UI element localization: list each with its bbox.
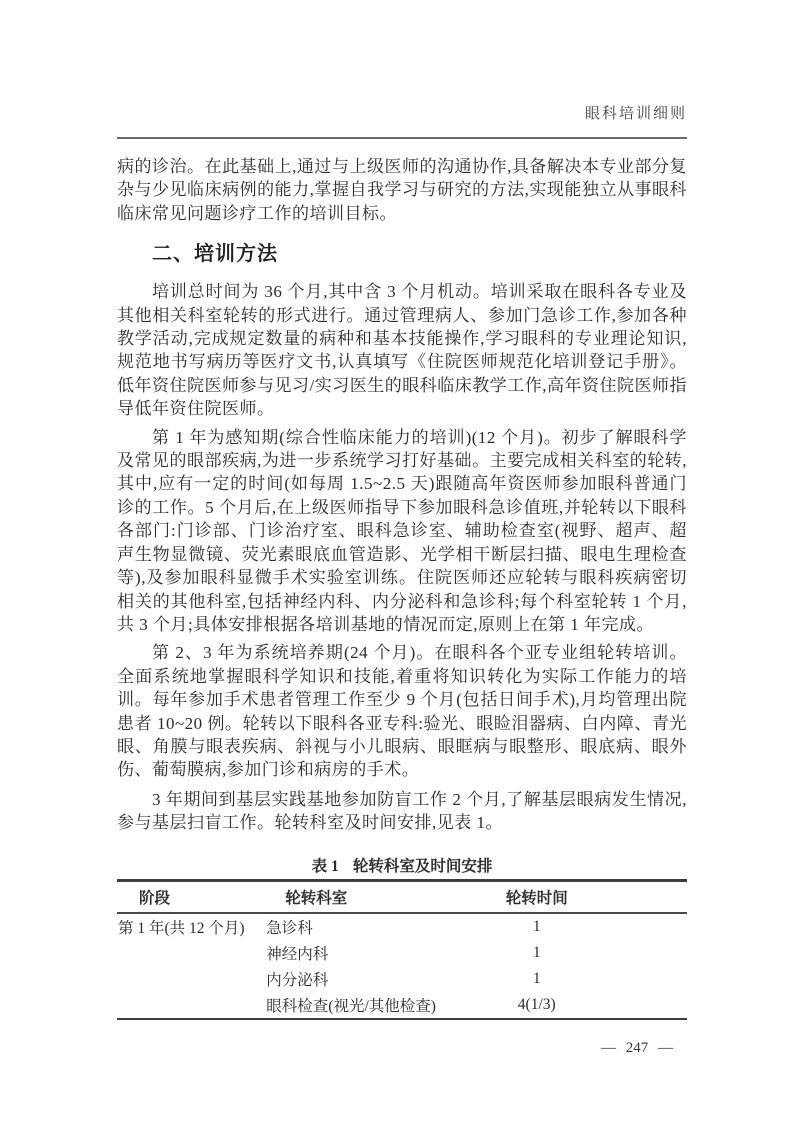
duration-cell: 1: [456, 966, 688, 992]
stage-cell: [117, 992, 265, 1019]
duration-cell: 1: [456, 940, 688, 966]
stage-cell: [117, 940, 265, 966]
stage-cell: 第 1 年(共 12 个月): [117, 913, 265, 940]
department-cell: 眼科检查(视光/其他检查): [265, 992, 455, 1019]
col-header-department: 轮转科室: [265, 880, 455, 913]
paragraph-year-one: 第 1 年为感知期(综合性临床能力的培训)(12 个月)。初步了解眼科学及常见的…: [117, 426, 687, 637]
col-header-stage: 阶段: [117, 880, 265, 913]
department-cell: 内分泌科: [265, 966, 455, 992]
col-header-duration: 轮转时间: [456, 880, 688, 913]
running-header: 眼科培训细则: [117, 104, 687, 124]
table-caption-title: 轮转科室及时间安排: [353, 858, 493, 875]
paragraph-training-overview: 培训总时间为 36 个月,其中含 3 个月机动。培训采取在眼科各专业及其他相关科…: [117, 280, 687, 420]
table-caption: 表 1轮转科室及时间安排: [117, 857, 687, 877]
rotation-schedule-table: 阶段 轮转科室 轮转时间 第 1 年(共 12 个月) 急诊科 1 神经内科 1: [117, 879, 687, 1020]
paragraph-grassroots: 3 年期间到基层实践基地参加防盲工作 2 个月,了解基层眼病发生情况,参与基层扫…: [117, 788, 687, 835]
text-column: 眼科培训细则 病的诊治。在此基础上,通过与上级医师的沟通协作,具备解决本专业部分…: [117, 0, 687, 1058]
table-row: 神经内科 1: [117, 940, 687, 966]
document-page: 眼科培训细则 病的诊治。在此基础上,通过与上级医师的沟通协作,具备解决本专业部分…: [0, 0, 800, 1131]
header-rule: [117, 137, 687, 139]
paragraph-year-two-three: 第 2、3 年为系统培养期(24 个月)。在眼科各个亚专业组轮转培训。全面系统地…: [117, 641, 687, 781]
department-cell: 神经内科: [265, 940, 455, 966]
table-row: 第 1 年(共 12 个月) 急诊科 1: [117, 913, 687, 940]
page-number: — 247 —: [117, 1038, 687, 1058]
table-row: 眼科检查(视光/其他检查) 4(1/3): [117, 992, 687, 1019]
table-row: 内分泌科 1: [117, 966, 687, 992]
department-cell: 急诊科: [265, 913, 455, 940]
stage-cell: [117, 966, 265, 992]
paragraph-continuation: 病的诊治。在此基础上,通过与上级医师的沟通协作,具备解决本专业部分复杂与少见临床…: [117, 155, 687, 225]
section-heading: 二、培训方法: [117, 241, 687, 267]
table-header-row: 阶段 轮转科室 轮转时间: [117, 880, 687, 913]
duration-cell: 1: [456, 913, 688, 940]
table-caption-label: 表 1: [312, 858, 339, 875]
duration-cell: 4(1/3): [456, 992, 688, 1019]
